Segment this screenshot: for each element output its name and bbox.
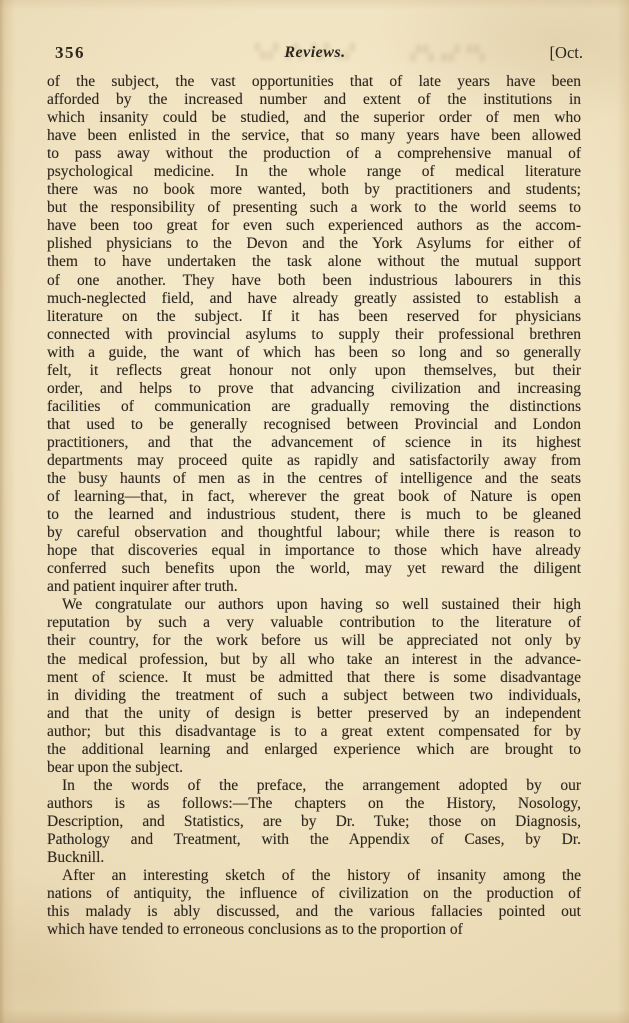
running-header: 356 Reviews. [Oct. [47,43,583,67]
text-line: facilities of communication are graduall… [47,398,581,416]
text-line: which insanity could be studied, and the… [47,109,581,127]
text-line: much-neglected field, and have already g… [47,290,581,308]
text-line: have been enlisted in the service, that … [47,127,581,145]
text-line: psychological medicine. In the whole ran… [47,163,581,181]
text-line: which have tended to erroneous conclusio… [47,921,581,939]
text-line: by careful observation and thoughtful la… [47,524,581,542]
text-line: the additional learning and enlarged exp… [47,741,581,759]
text-line: hope that discoveries equal in importanc… [47,542,581,560]
text-line: to pass away without the production of a… [47,145,581,163]
text-line: in dividing the treatment of such a subj… [47,687,581,705]
running-title: Reviews. [47,44,583,62]
text-line: this malady is ably discussed, and the v… [47,903,581,921]
text-line: of the subject, the vast opportunities t… [47,73,581,91]
text-line: Description, and Statistics, are by Dr. … [47,813,581,831]
text-line: of learning—that, in fact, wherever the … [47,488,581,506]
text-line: connected with provincial asylums to sup… [47,326,581,344]
text-line: author; but this disadvantage is to a gr… [47,723,581,741]
text-line: Pathology and Treatment, with the Append… [47,831,581,849]
text-line: but the responsibility of presenting suc… [47,199,581,217]
text-line: departments may proceed quite as rapidly… [47,452,581,470]
text-line: that used to be generally recognised bet… [47,416,581,434]
text-line: order, and helps to prove that advancing… [47,380,581,398]
text-line: We congratulate our authors upon having … [47,596,581,614]
text-line: plished physicians to the Devon and the … [47,235,581,253]
text-line: felt, it reflects great honour not only … [47,362,581,380]
text-line: bear upon the subject. [47,759,581,777]
text-line: practitioners, and that the advancement … [47,434,581,452]
text-line: the busy haunts of men as in the centres… [47,470,581,488]
text-line: to the learned and industrious student, … [47,506,581,524]
text-line: their country, for the work before us wi… [47,632,581,650]
text-line: ment of science. It must be admitted tha… [47,669,581,687]
text-line: of one another. They have both been indu… [47,272,581,290]
text-line: reputation by such a very valuable contr… [47,614,581,632]
text-line: afforded by the increased number and ext… [47,91,581,109]
text-line: with a guide, the want of which has been… [47,344,581,362]
body-text: of the subject, the vast opportunities t… [47,73,581,939]
issue-date: [Oct. [550,43,583,63]
text-line: the medical profession, but by all who t… [47,651,581,669]
text-line: nations of antiquity, the influence of c… [47,885,581,903]
scanned-book-page: ▚▖▚▘▞▖▚▞ ▞▘▚▖▞▚ 356 Reviews. [Oct. of th… [0,0,629,1023]
text-line: After an interesting sketch of the histo… [47,867,581,885]
text-line: have been too great for even such experi… [47,217,581,235]
text-line: Bucknill. [47,849,581,867]
text-line: and patient inquirer after truth. [47,578,581,596]
text-line: there was no book more wanted, both by p… [47,181,581,199]
text-line: literature on the subject. If it has bee… [47,308,581,326]
text-line: and that the unity of design is better p… [47,705,581,723]
text-line: them to have undertaken the task alone w… [47,253,581,271]
text-line: In the words of the preface, the arrange… [47,777,581,795]
text-line: conferred such benefits upon the world, … [47,560,581,578]
text-line: authors is as follows:—The chapters on t… [47,795,581,813]
